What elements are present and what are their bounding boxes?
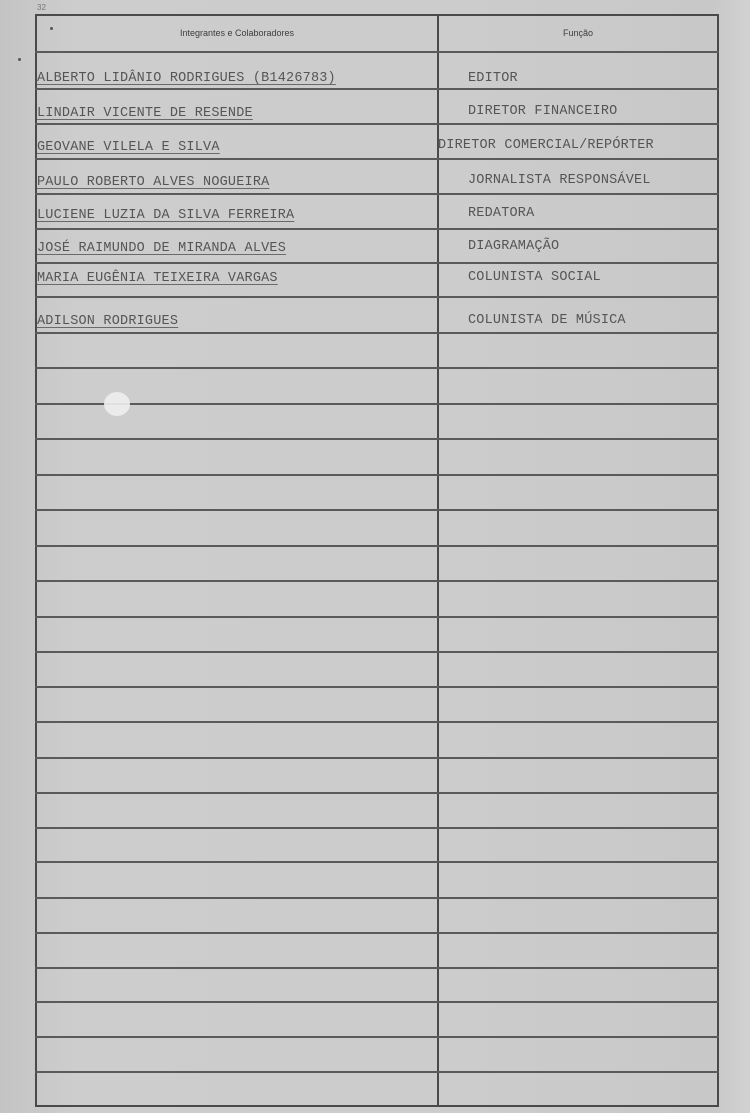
row-rule [35,1001,719,1003]
row-rule [35,51,719,53]
member-name: GEOVANE VILELA E SILVA [37,140,220,155]
member-name: LUCIENE LUZIA DA SILVA FERREIRA [37,208,294,223]
punch-mark [18,58,21,61]
member-name: MARIA EUGÊNIA TEIXEIRA VARGAS [37,271,278,286]
member-name: ADILSON RODRIGUES [37,314,178,329]
member-role: COLUNISTA SOCIAL [468,270,601,285]
row-rule [35,158,719,160]
row-rule [35,88,719,90]
row-rule [35,509,719,511]
row-rule [35,474,719,476]
row-rule [35,193,719,195]
row-rule [35,1036,719,1038]
row-rule [35,1071,719,1073]
row-rule [35,332,719,334]
row-rule [35,827,719,829]
row-rule [35,686,719,688]
member-role: EDITOR [468,71,518,86]
row-rule [35,616,719,618]
row-rule [35,792,719,794]
row-rule [35,296,719,298]
row-rule [35,228,719,230]
member-name: PAULO ROBERTO ALVES NOGUEIRA [37,175,269,190]
row-rule [35,123,719,125]
row-rule [35,580,719,582]
header-function: Função [439,14,717,52]
row-rule [35,721,719,723]
row-rule [35,438,719,440]
row-rule [35,367,719,369]
page-number: 32 [37,3,46,12]
member-role: DIRETOR COMERCIAL/REPÓRTER [438,138,654,153]
member-role: DIAGRAMAÇÃO [468,239,559,254]
header-members: Integrantes e Colaboradores [37,14,437,52]
member-role: REDATORA [468,206,534,221]
column-divider [437,14,439,1107]
member-role: DIRETOR FINANCEIRO [468,104,617,119]
member-role: JORNALISTA RESPONSÁVEL [468,173,651,188]
member-name: LINDAIR VICENTE DE RESENDE [37,106,253,121]
paper-blemish [104,392,130,416]
member-name: ALBERTO LIDÂNIO RODRIGUES (B1426783) [37,71,336,86]
row-rule [35,757,719,759]
member-name: JOSÉ RAIMUNDO DE MIRANDA ALVES [37,241,286,256]
row-rule [35,545,719,547]
row-rule [35,967,719,969]
row-rule [35,861,719,863]
row-rule [35,651,719,653]
row-rule [35,932,719,934]
document-page: 32 Integrantes e Colaboradores Função AL… [0,0,750,1113]
row-rule [35,403,719,405]
row-rule [35,262,719,264]
member-role: COLUNISTA DE MÚSICA [468,313,626,328]
row-rule [35,897,719,899]
